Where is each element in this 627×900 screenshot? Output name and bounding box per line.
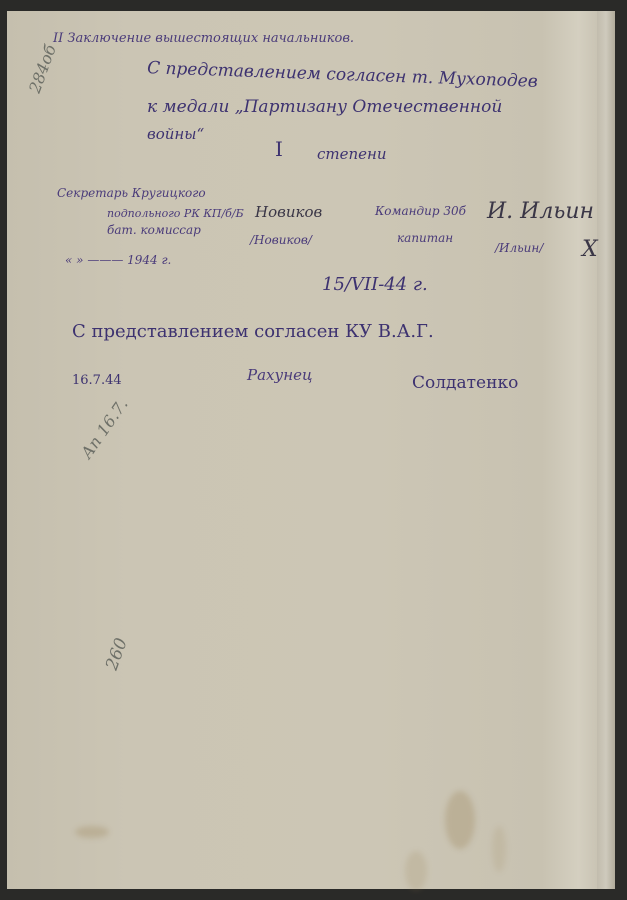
left-signatory-line-3: бат. комиссар bbox=[107, 223, 201, 237]
paper-stain bbox=[405, 851, 427, 891]
degree-word: степени bbox=[317, 145, 387, 163]
degree-numeral: I bbox=[275, 137, 283, 161]
left-signatory-date: « » ——— 1944 г. bbox=[65, 253, 171, 267]
paper-stain bbox=[445, 791, 475, 849]
pencil-initial: Ап 16.7. bbox=[77, 395, 132, 462]
paper-stain bbox=[75, 826, 109, 838]
left-signature: Новиков bbox=[255, 203, 322, 221]
section-heading: II Заключение вышестоящих начальников. bbox=[53, 31, 354, 46]
right-signature: И. Ильин bbox=[487, 199, 594, 224]
right-signatory-line-2: капитан bbox=[397, 231, 453, 245]
second-recommendation: С представлением согласен КУ В.А.Г. bbox=[72, 321, 434, 342]
paper-stain bbox=[492, 826, 506, 872]
recommendation-line-3: войны“ bbox=[147, 125, 204, 143]
right-signatory-line-1: Командир 30б bbox=[375, 204, 466, 218]
recommendation-line-1: С представлением согласен т. Мухоподев bbox=[147, 58, 538, 92]
document-page: 284об II Заключение вышестоящих начальни… bbox=[7, 11, 615, 889]
recommendation-line-2: к медали „Партизану Отечественной bbox=[147, 97, 502, 117]
second-date: 16.7.44 bbox=[72, 373, 122, 388]
second-name: Солдатенко bbox=[412, 373, 518, 393]
left-signatory-line-1: Секретарь Кругицкого bbox=[57, 186, 206, 200]
page-number: 260 bbox=[102, 636, 132, 673]
right-signatory-name: /Ильин/ bbox=[495, 241, 543, 255]
right-signature-mark: Х bbox=[582, 237, 598, 262]
second-signature: Рахунец bbox=[247, 366, 312, 384]
left-signatory-name: /Новиков/ bbox=[250, 233, 312, 247]
left-signatory-line-2: подпольного РК КП/б/Б bbox=[107, 207, 244, 220]
center-date: 15/VII-44 г. bbox=[322, 274, 428, 295]
page-edge bbox=[597, 11, 615, 889]
archive-sheet-number: 284об bbox=[25, 42, 60, 95]
